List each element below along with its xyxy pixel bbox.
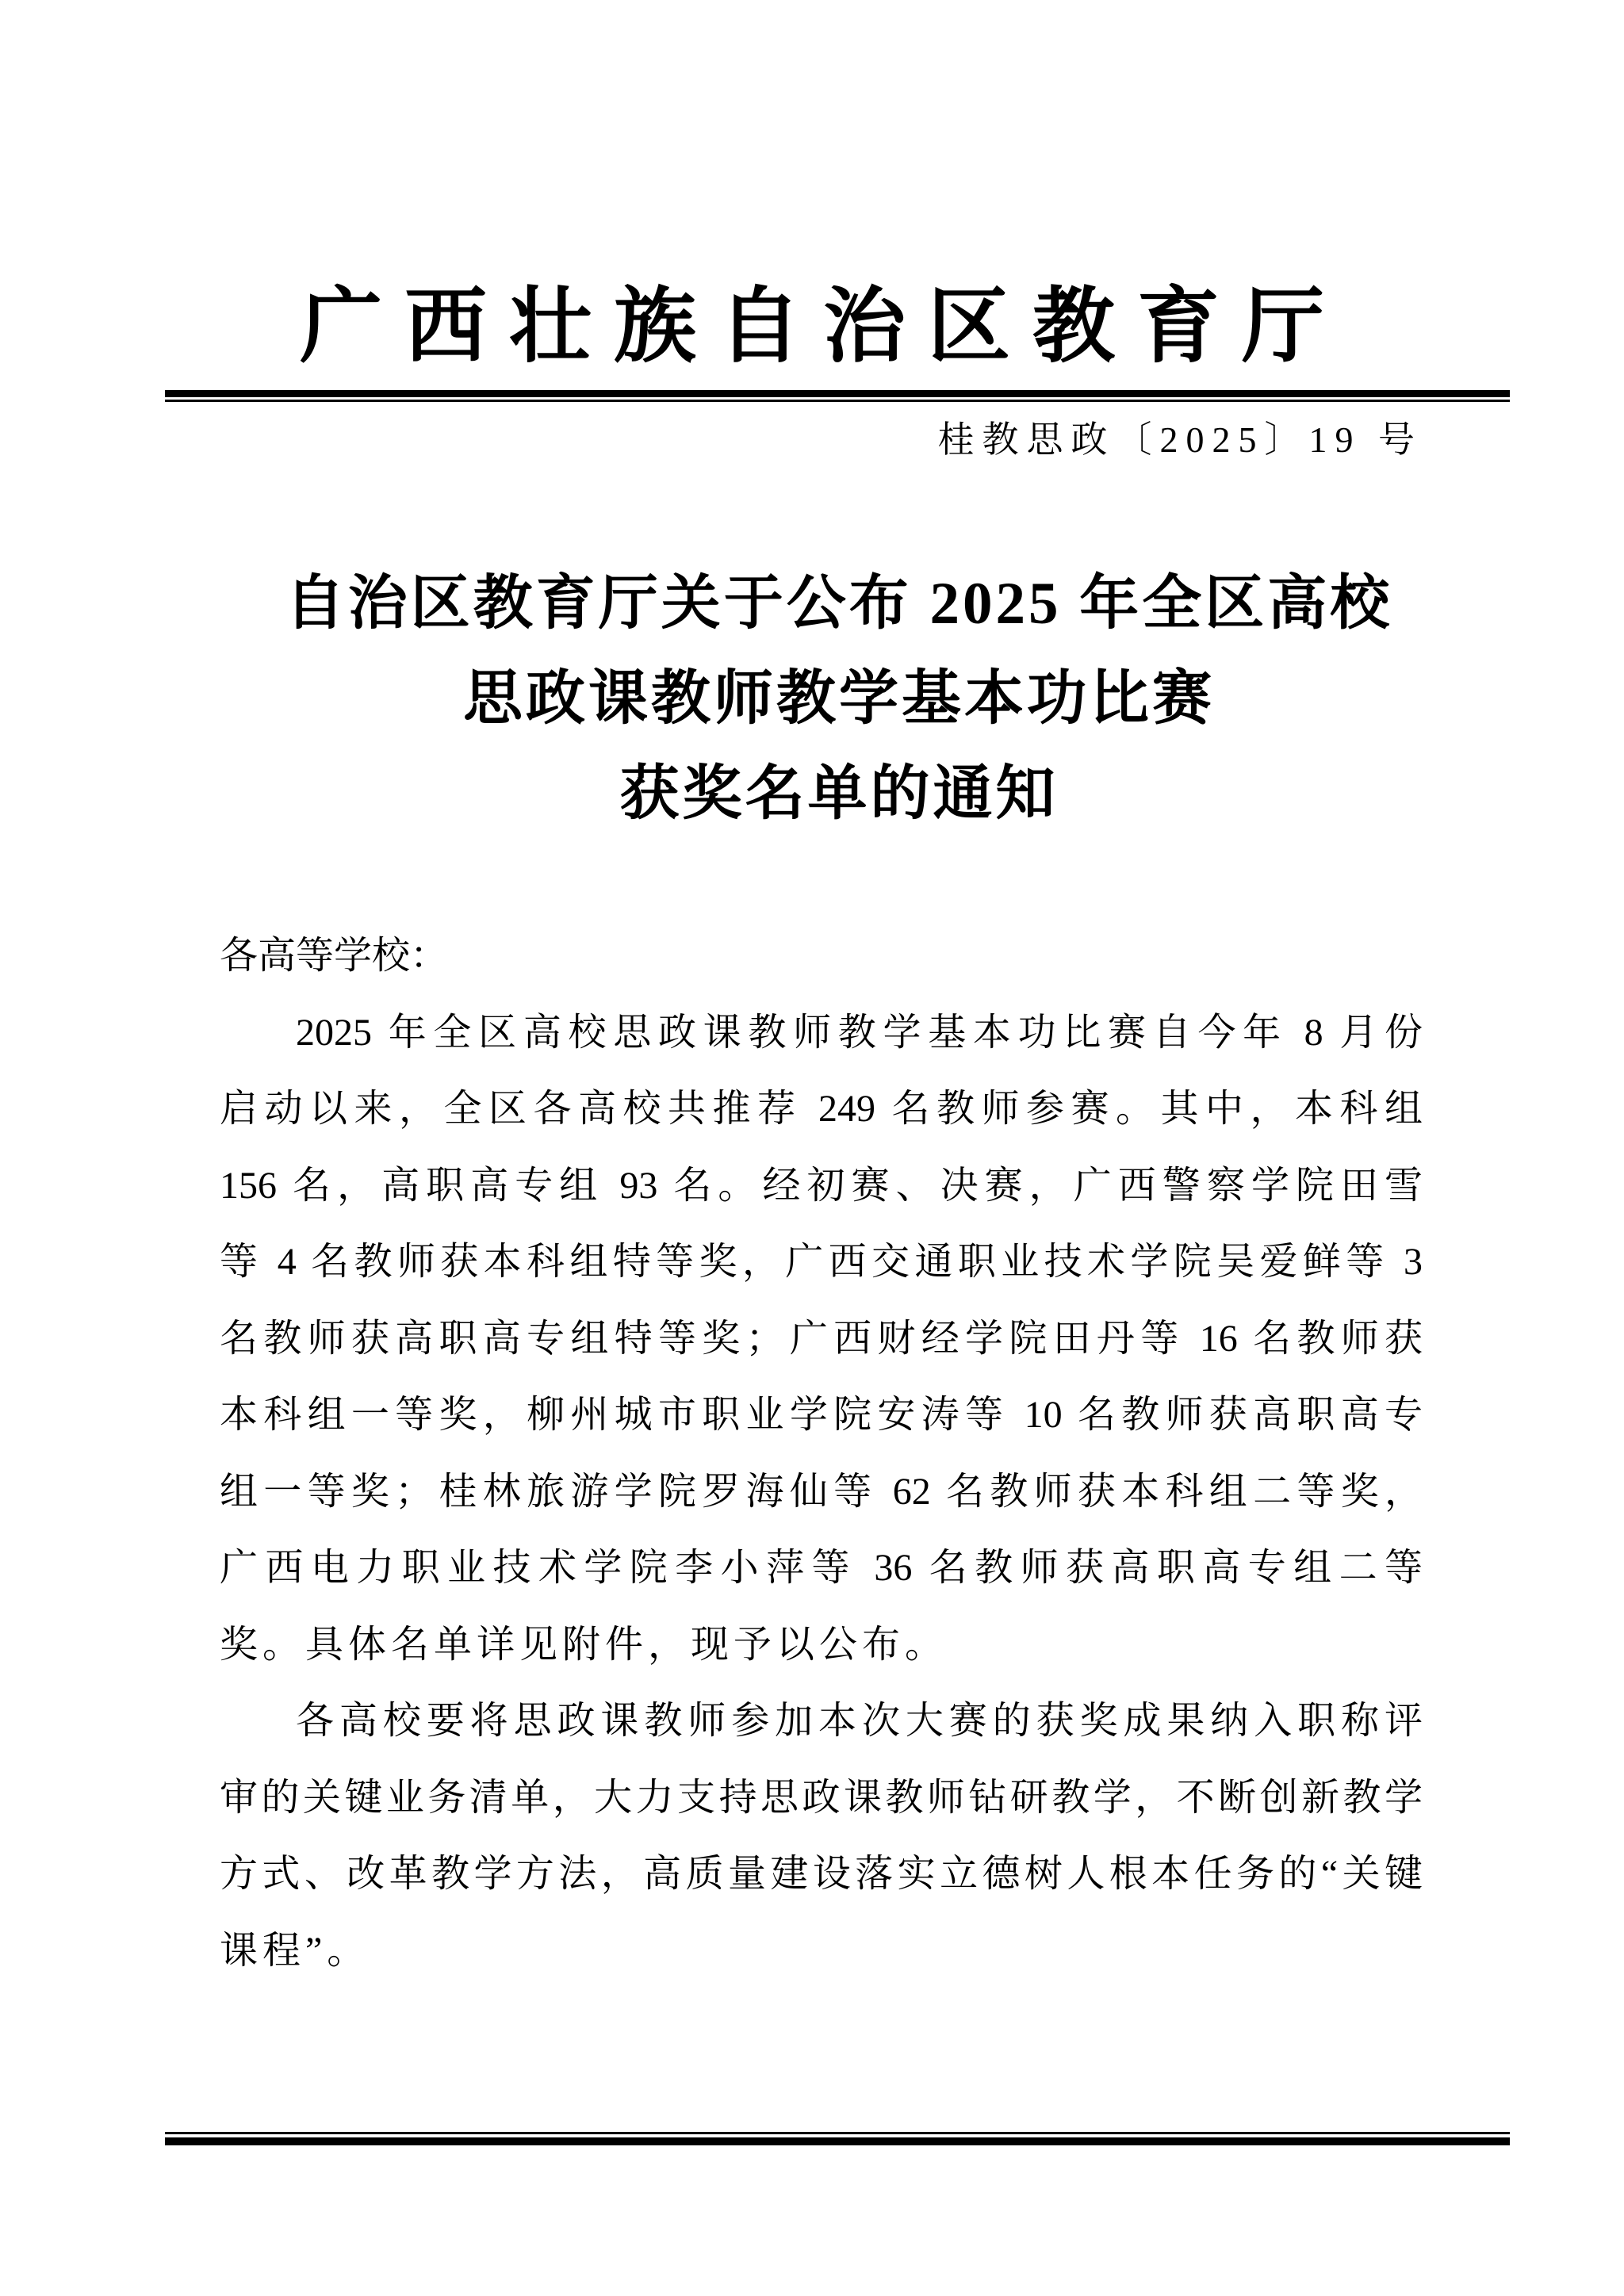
body-line: 审的关键业务清单，大力支持思政课教师钻研教学，不断创新教学 <box>220 1760 1423 1837</box>
salutation-line: 各高等学校： <box>220 918 1423 995</box>
body-line: 2025 年全区高校思政课教师教学基本功比赛自今年 8 月份 <box>220 995 1423 1072</box>
body-line: 等 4 名教师获本科组特等奖，广西交通职业技术学院吴爱鲜等 3 <box>220 1224 1423 1301</box>
body-line: 启动以来，全区各高校共推荐 249 名教师参赛。其中，本科组 <box>220 1071 1423 1148</box>
doc-number: 桂教思政〔2025〕19 号 <box>220 418 1423 462</box>
header-divider-thick-bar <box>165 390 1510 397</box>
doc-title-line-3: 获奖名单的通知 <box>165 747 1510 842</box>
body-line: 名教师获高职高专组特等奖；广西财经学院田丹等 16 名教师获 <box>220 1301 1423 1378</box>
header-divider <box>165 390 1510 402</box>
body-line: 广西电力职业技术学院李小萍等 36 名教师获高职高专组二等 <box>220 1530 1423 1607</box>
body-line: 本科组一等奖，柳州城市职业学院安涛等 10 名教师获高职高专 <box>220 1377 1423 1454</box>
org-name-heading: 广西壮族自治区教育厅 <box>0 284 1624 371</box>
body-line: 方式、改革教学方法，高质量建设落实立德树人根本任务的“关键 <box>220 1836 1423 1913</box>
body-line: 组一等奖；桂林旅游学院罗海仙等 62 名教师获本科组二等奖， <box>220 1454 1423 1531</box>
body-line: 各高校要将思政课教师参加本次大赛的获奖成果纳入职称评 <box>220 1683 1423 1760</box>
header-divider-thin-line <box>165 400 1510 402</box>
body-line: 奖。具体名单详见附件，现予以公布。 <box>220 1607 1423 1684</box>
body-text: 各高等学校： 2025 年全区高校思政课教师教学基本功比赛自今年 8 月份 启动… <box>220 918 1423 1989</box>
body-line: 156 名，高职高专组 93 名。经初赛、决赛，广西警察学院田雪 <box>220 1148 1423 1225</box>
doc-title-line-2: 思政课教师教学基本功比赛 <box>165 652 1510 747</box>
footer-divider <box>165 2132 1510 2145</box>
doc-title-line-1: 自治区教育厅关于公布 2025 年全区高校 <box>165 557 1510 652</box>
body-line: 课程”。 <box>220 1913 1423 1990</box>
document-page: 广西壮族自治区教育厅 桂教思政〔2025〕19 号 自治区教育厅关于公布 202… <box>0 0 1624 2296</box>
footer-divider-thick-bar <box>165 2137 1510 2145</box>
doc-title: 自治区教育厅关于公布 2025 年全区高校 思政课教师教学基本功比赛 获奖名单的… <box>165 557 1510 842</box>
